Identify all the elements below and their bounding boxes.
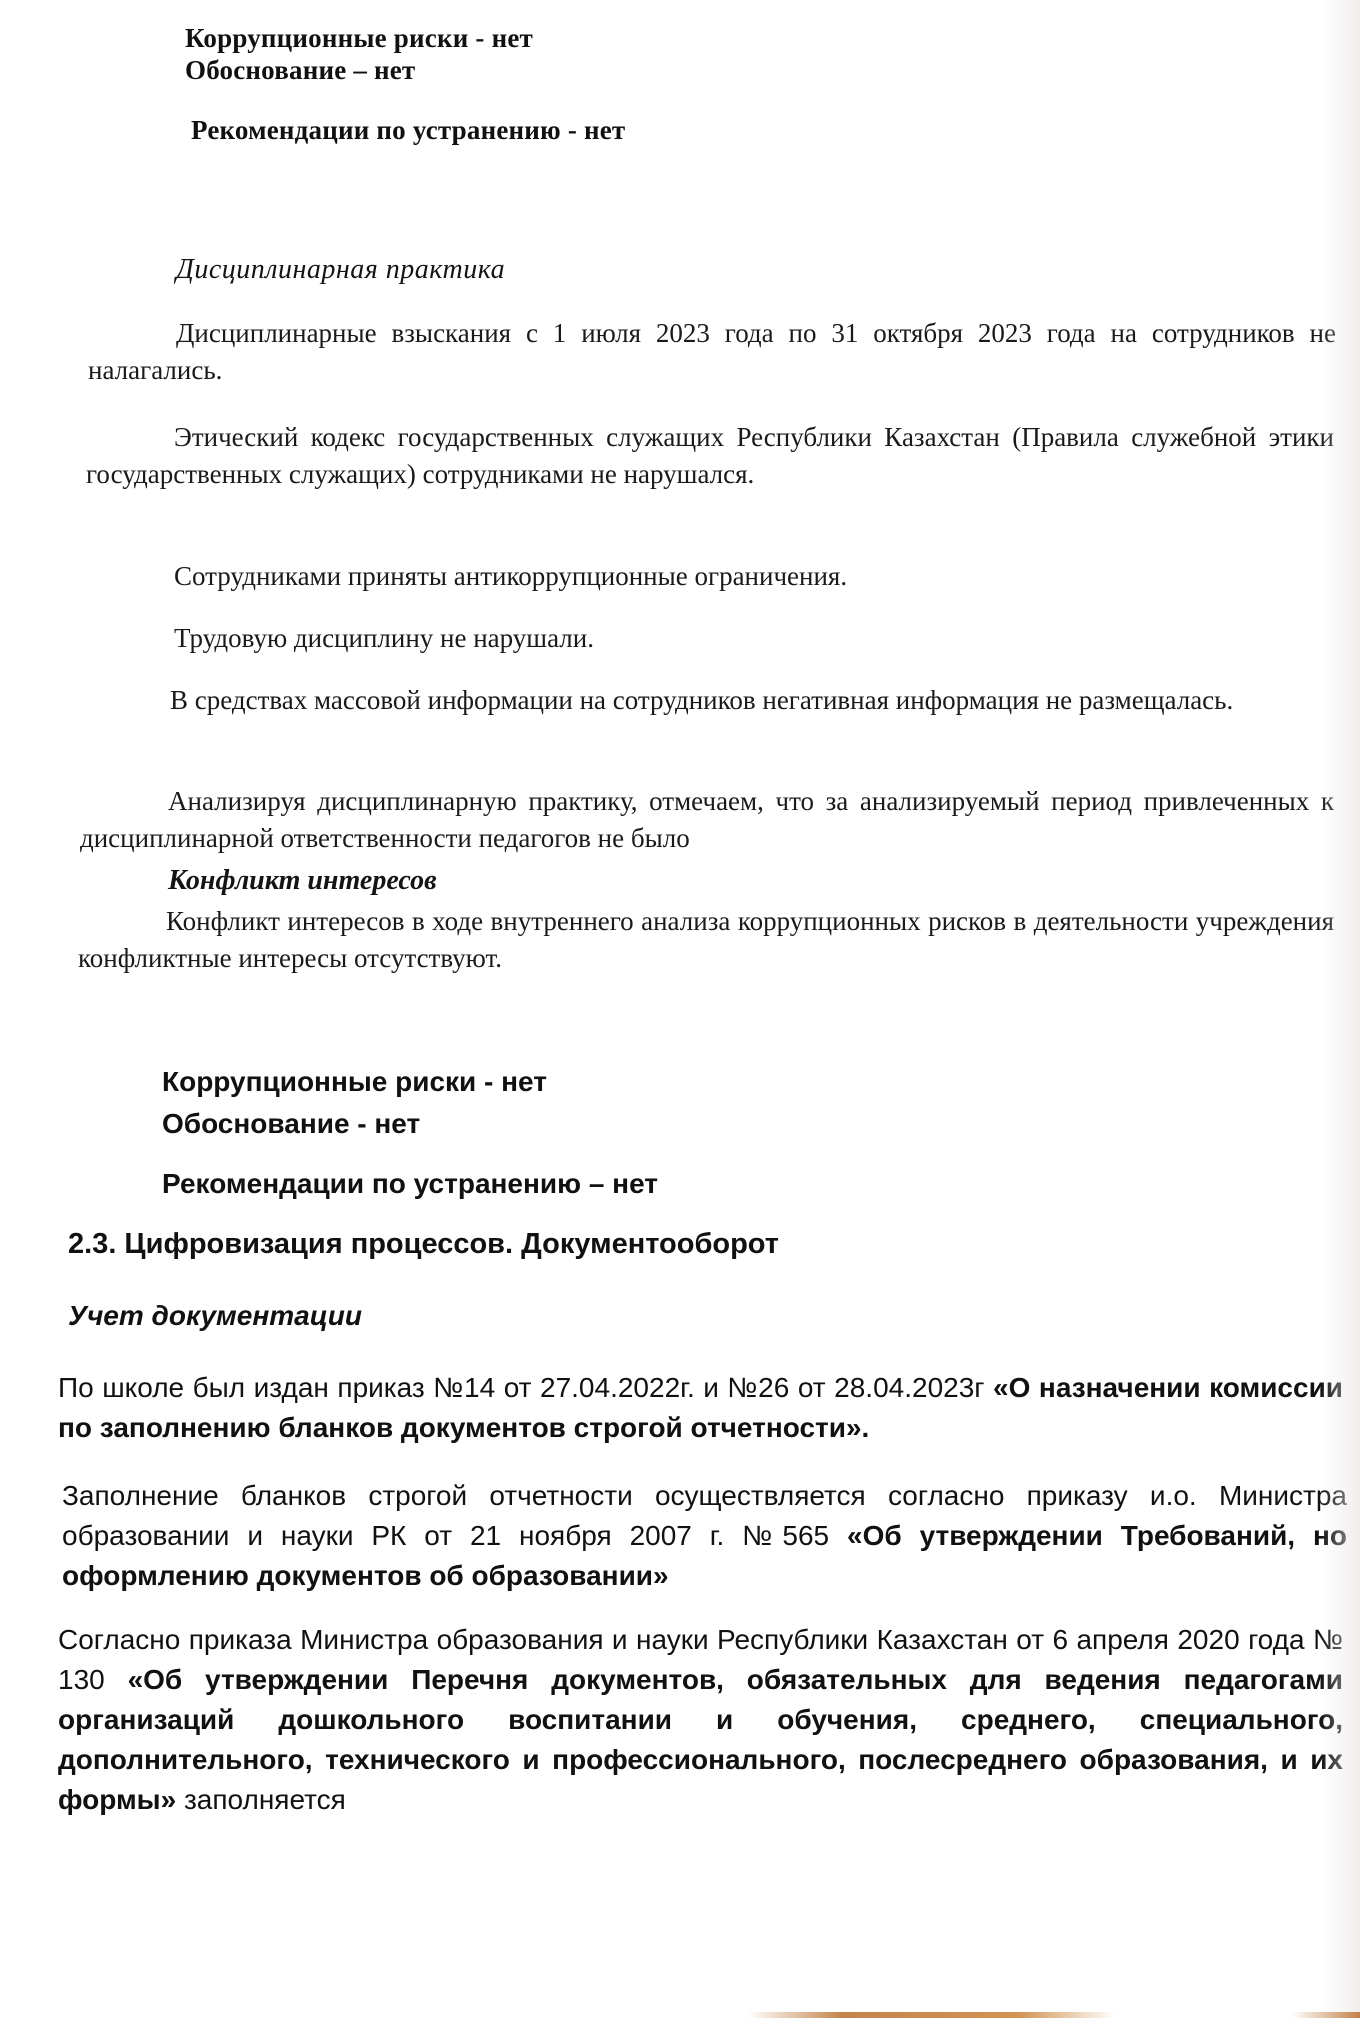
disciplinary-heading: Дисциплинарная практика — [176, 254, 505, 286]
section-2-3-heading: 2.3. Цифровизация процессов. Документооб… — [68, 1228, 779, 1261]
recommendations-line: Рекомендации по устранению – нет — [162, 1163, 658, 1205]
order-14-text: По школе был издан приказ №14 от 27.04.2… — [58, 1372, 993, 1403]
corruption-risks-line: Коррупционные риски - нет — [162, 1061, 658, 1103]
analysis-paragraph: Анализируя дисциплинарную практику, отме… — [80, 783, 1334, 857]
media-paragraph: В средствах массовой информации на сотру… — [82, 682, 1334, 719]
order-14-paragraph: По школе был издан приказ №14 от 27.04.2… — [58, 1368, 1343, 1448]
scan-edge-shadow — [1320, 0, 1360, 2018]
labor-discipline-paragraph: Трудовую дисциплину не нарушали. — [86, 620, 1334, 657]
corruption-risks-line: Коррупционные риски - нет — [185, 22, 625, 54]
justification-line: Обоснование - нет — [162, 1103, 658, 1145]
top-risk-summary: Коррупционные риски - нет Обоснование – … — [185, 22, 625, 146]
documentation-subheading: Учет документации — [68, 1300, 362, 1332]
order-130-paragraph: Согласно приказа Министра образования и … — [58, 1620, 1343, 1820]
justification-line: Обоснование – нет — [185, 54, 625, 86]
blank-forms-paragraph: Заполнение бланков строгой отчетности ос… — [62, 1476, 1347, 1596]
scan-bottom-edge — [0, 2012, 1360, 2018]
recommendations-line: Рекомендации по устранению - нет — [191, 114, 625, 146]
conflict-paragraph: Конфликт интересов в ходе внутреннего ан… — [78, 903, 1334, 977]
conflict-heading: Конфликт интересов — [168, 865, 437, 897]
ethics-code-paragraph: Этический кодекс государственных служащи… — [86, 419, 1334, 493]
order-130-tail: заполняется — [176, 1784, 346, 1815]
anticorruption-paragraph: Сотрудниками приняты антикоррупционные о… — [86, 558, 1334, 595]
scanned-document-page: Коррупционные риски - нет Обоснование – … — [0, 0, 1360, 2018]
mid-risk-summary: Коррупционные риски - нет Обоснование - … — [162, 1061, 658, 1205]
disciplinary-paragraph-1: Дисциплинарные взыскания с 1 июля 2023 г… — [88, 315, 1336, 389]
